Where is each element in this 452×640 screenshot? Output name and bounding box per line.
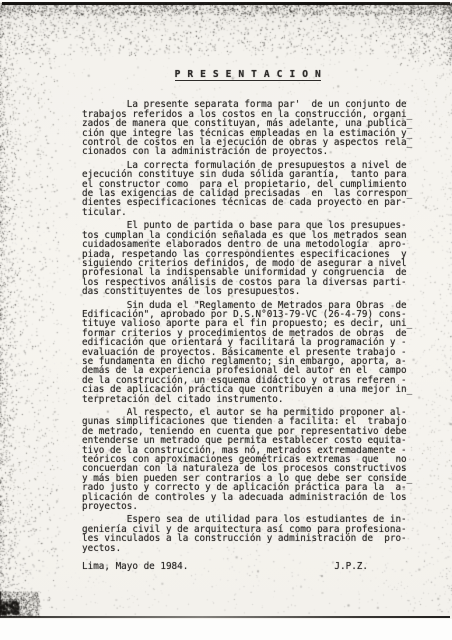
date-place: Lima, Mayo de 1984. (82, 562, 188, 571)
scanned-document-page: P R E S E N T A C I O N La presente sepa… (0, 0, 452, 640)
paragraph-6: Espero sea de utilidad para los estudian… (82, 515, 408, 553)
title-row: P R E S E N T A C I O N (88, 70, 408, 81)
signature-row: Lima, Mayo de 1984. J.P.Z. (82, 562, 408, 571)
paragraph-3: El punto de partida o base para que los … (82, 221, 408, 296)
paragraph-2: La correcta formulación de presupuestos … (82, 161, 408, 217)
paragraph-1: La presente separata forma par' de un co… (82, 100, 408, 156)
author-initials: J.P.Z. (334, 562, 368, 571)
document-body: P R E S E N T A C I O N La presente sepa… (82, 70, 408, 572)
page-title: P R E S E N T A C I O N (175, 70, 322, 81)
page-top-edge (2, 2, 450, 5)
page-bottom-edge (0, 616, 450, 618)
paragraph-5: Al respecto, el autor se ha permitido pr… (82, 408, 408, 511)
scanner-bed-margin (0, 619, 452, 640)
paragraph-4: Sin duda el "Reglamento de Metrados para… (82, 301, 408, 404)
